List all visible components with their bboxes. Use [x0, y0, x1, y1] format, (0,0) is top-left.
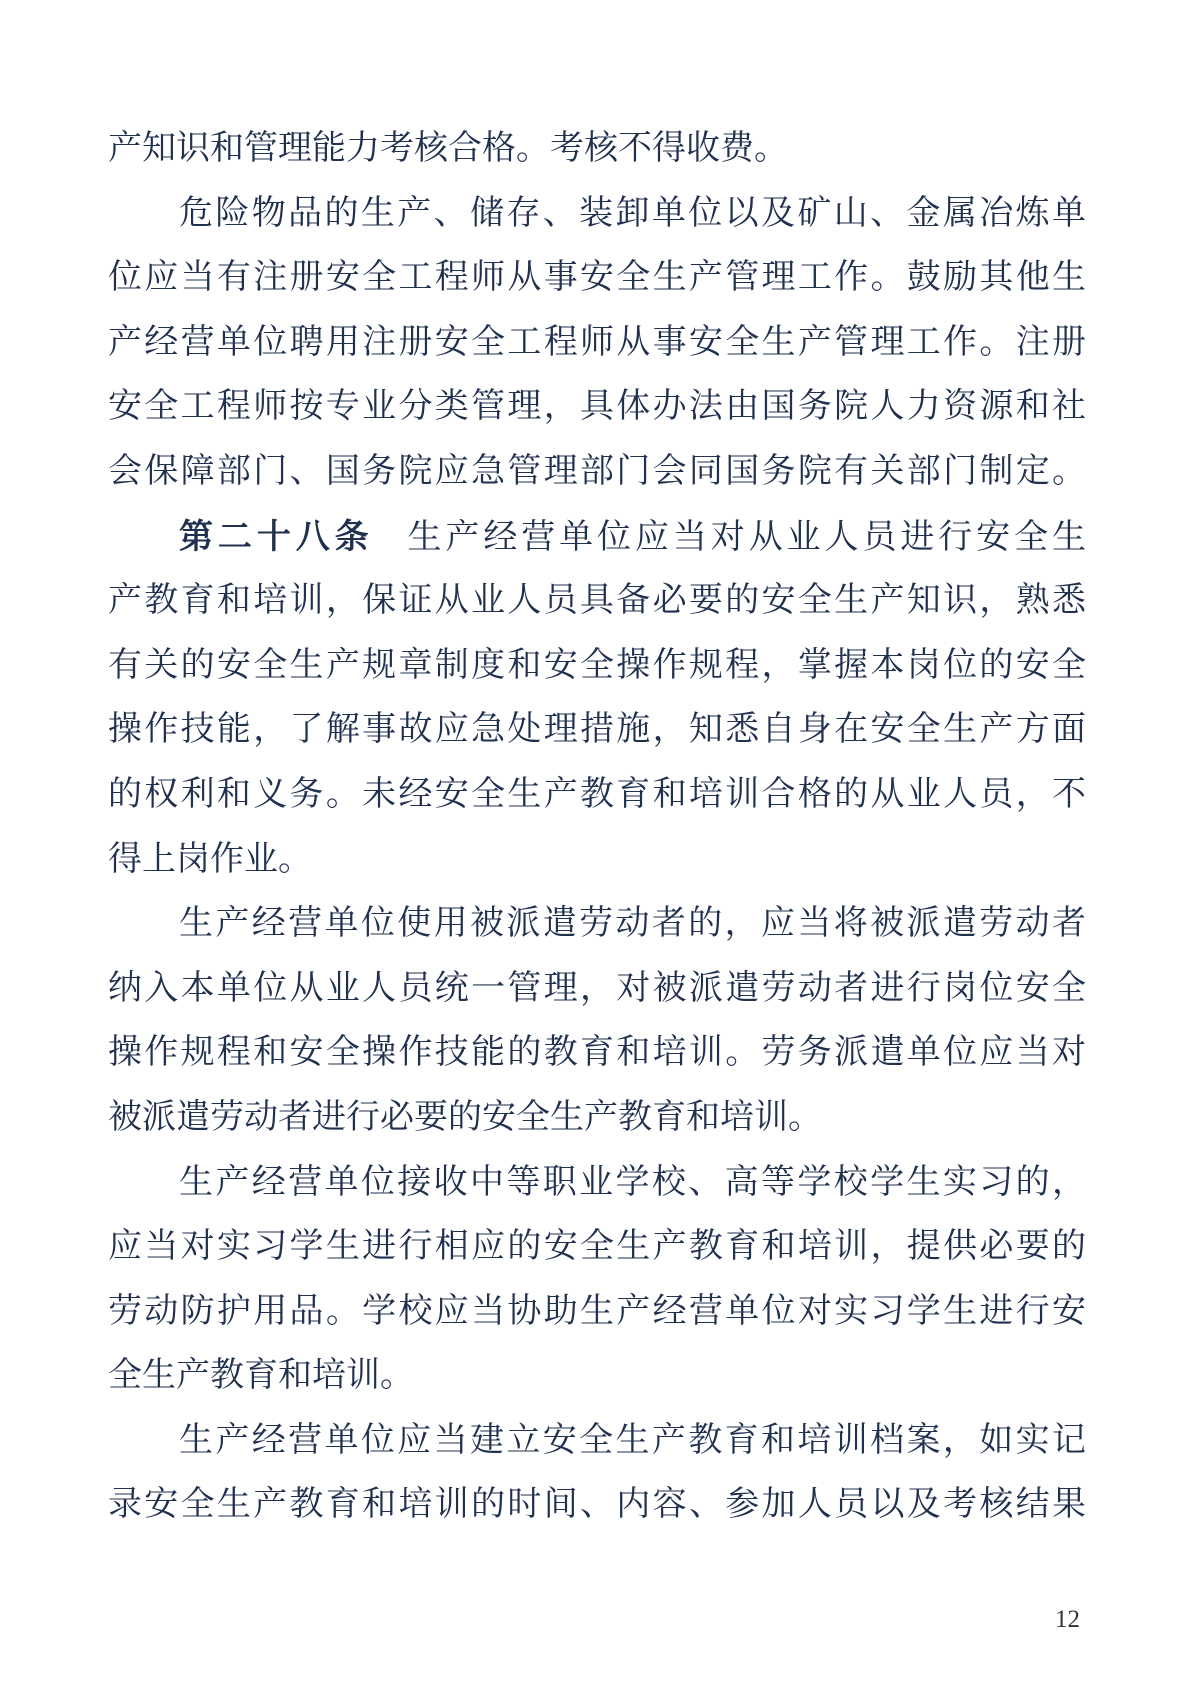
text-line: 得上岗作业。 [108, 828, 1086, 893]
text-line: 操作技能，了解事故应急处理措施，知悉自身在安全生产方面 [108, 698, 1086, 763]
text-line: 第二十八条生产经营单位应当对从业人员进行安全生 [108, 505, 1086, 570]
paragraph-dispatched-workers: 生产经营单位使用被派遣劳动者的，应当将被派遣劳动者 纳入本单位从业人员统一管理，… [108, 892, 1086, 1150]
text-line: 应当对实习学生进行相应的安全生产教育和培训，提供必要的 [108, 1215, 1086, 1280]
text-line: 操作规程和安全操作技能的教育和培训。劳务派遣单位应当对 [108, 1021, 1086, 1086]
text-line: 位应当有注册安全工程师从事安全生产管理工作。鼓励其他生 [108, 246, 1086, 311]
text-line: 的权利和义务。未经安全生产教育和培训合格的从业人员，不 [108, 763, 1086, 828]
text-line: 生产经营单位接收中等职业学校、高等学校学生实习的， [108, 1151, 1086, 1216]
document-body: 产知识和管理能力考核合格。考核不得收费。 危险物品的生产、储存、装卸单位以及矿山… [108, 117, 1086, 1538]
text-line: 产教育和培训，保证从业人员具备必要的安全生产知识，熟悉 [108, 569, 1086, 634]
paragraph-student-interns: 生产经营单位接收中等职业学校、高等学校学生实习的， 应当对实习学生进行相应的安全… [108, 1151, 1086, 1409]
paragraph-training-records: 生产经营单位应当建立安全生产教育和培训档案，如实记 录安全生产教育和培训的时间、… [108, 1409, 1086, 1538]
article-number-heading: 第二十八条 [179, 518, 374, 556]
text-line: 劳动防护用品。学校应当协助生产经营单位对实习学生进行安 [108, 1280, 1086, 1345]
text-line: 危险物品的生产、储存、装卸单位以及矿山、金属冶炼单 [108, 182, 1086, 247]
text-line: 生产经营单位应当建立安全生产教育和培训档案，如实记 [108, 1409, 1086, 1474]
page-number: 12 [1055, 1603, 1080, 1637]
paragraph-continuation: 产知识和管理能力考核合格。考核不得收费。 [108, 117, 1086, 182]
text-line: 录安全生产教育和培训的时间、内容、参加人员以及考核结果 [108, 1473, 1086, 1538]
text-line: 生产经营单位使用被派遣劳动者的，应当将被派遣劳动者 [108, 892, 1086, 957]
text-line: 被派遣劳动者进行必要的安全生产教育和培训。 [108, 1086, 1086, 1151]
text-line: 全生产教育和培训。 [108, 1344, 1086, 1409]
text-line: 纳入本单位从业人员统一管理，对被派遣劳动者进行岗位安全 [108, 957, 1086, 1022]
text-line: 产知识和管理能力考核合格。考核不得收费。 [108, 117, 1086, 182]
text-line: 有关的安全生产规章制度和安全操作规程，掌握本岗位的安全 [108, 634, 1086, 699]
paragraph-registered-engineers: 危险物品的生产、储存、装卸单位以及矿山、金属冶炼单 位应当有注册安全工程师从事安… [108, 182, 1086, 505]
document-page: 产知识和管理能力考核合格。考核不得收费。 危险物品的生产、储存、装卸单位以及矿山… [0, 0, 1190, 1683]
text-line: 产经营单位聘用注册安全工程师从事安全生产管理工作。注册 [108, 311, 1086, 376]
text-line: 会保障部门、国务院应急管理部门会同国务院有关部门制定。 [108, 440, 1086, 505]
paragraph-article-28: 第二十八条生产经营单位应当对从业人员进行安全生 产教育和培训，保证从业人员具备必… [108, 505, 1086, 893]
text-run: 生产经营单位应当对从业人员进行安全生 [404, 519, 1086, 556]
text-line: 安全工程师按专业分类管理，具体办法由国务院人力资源和社 [108, 375, 1086, 440]
